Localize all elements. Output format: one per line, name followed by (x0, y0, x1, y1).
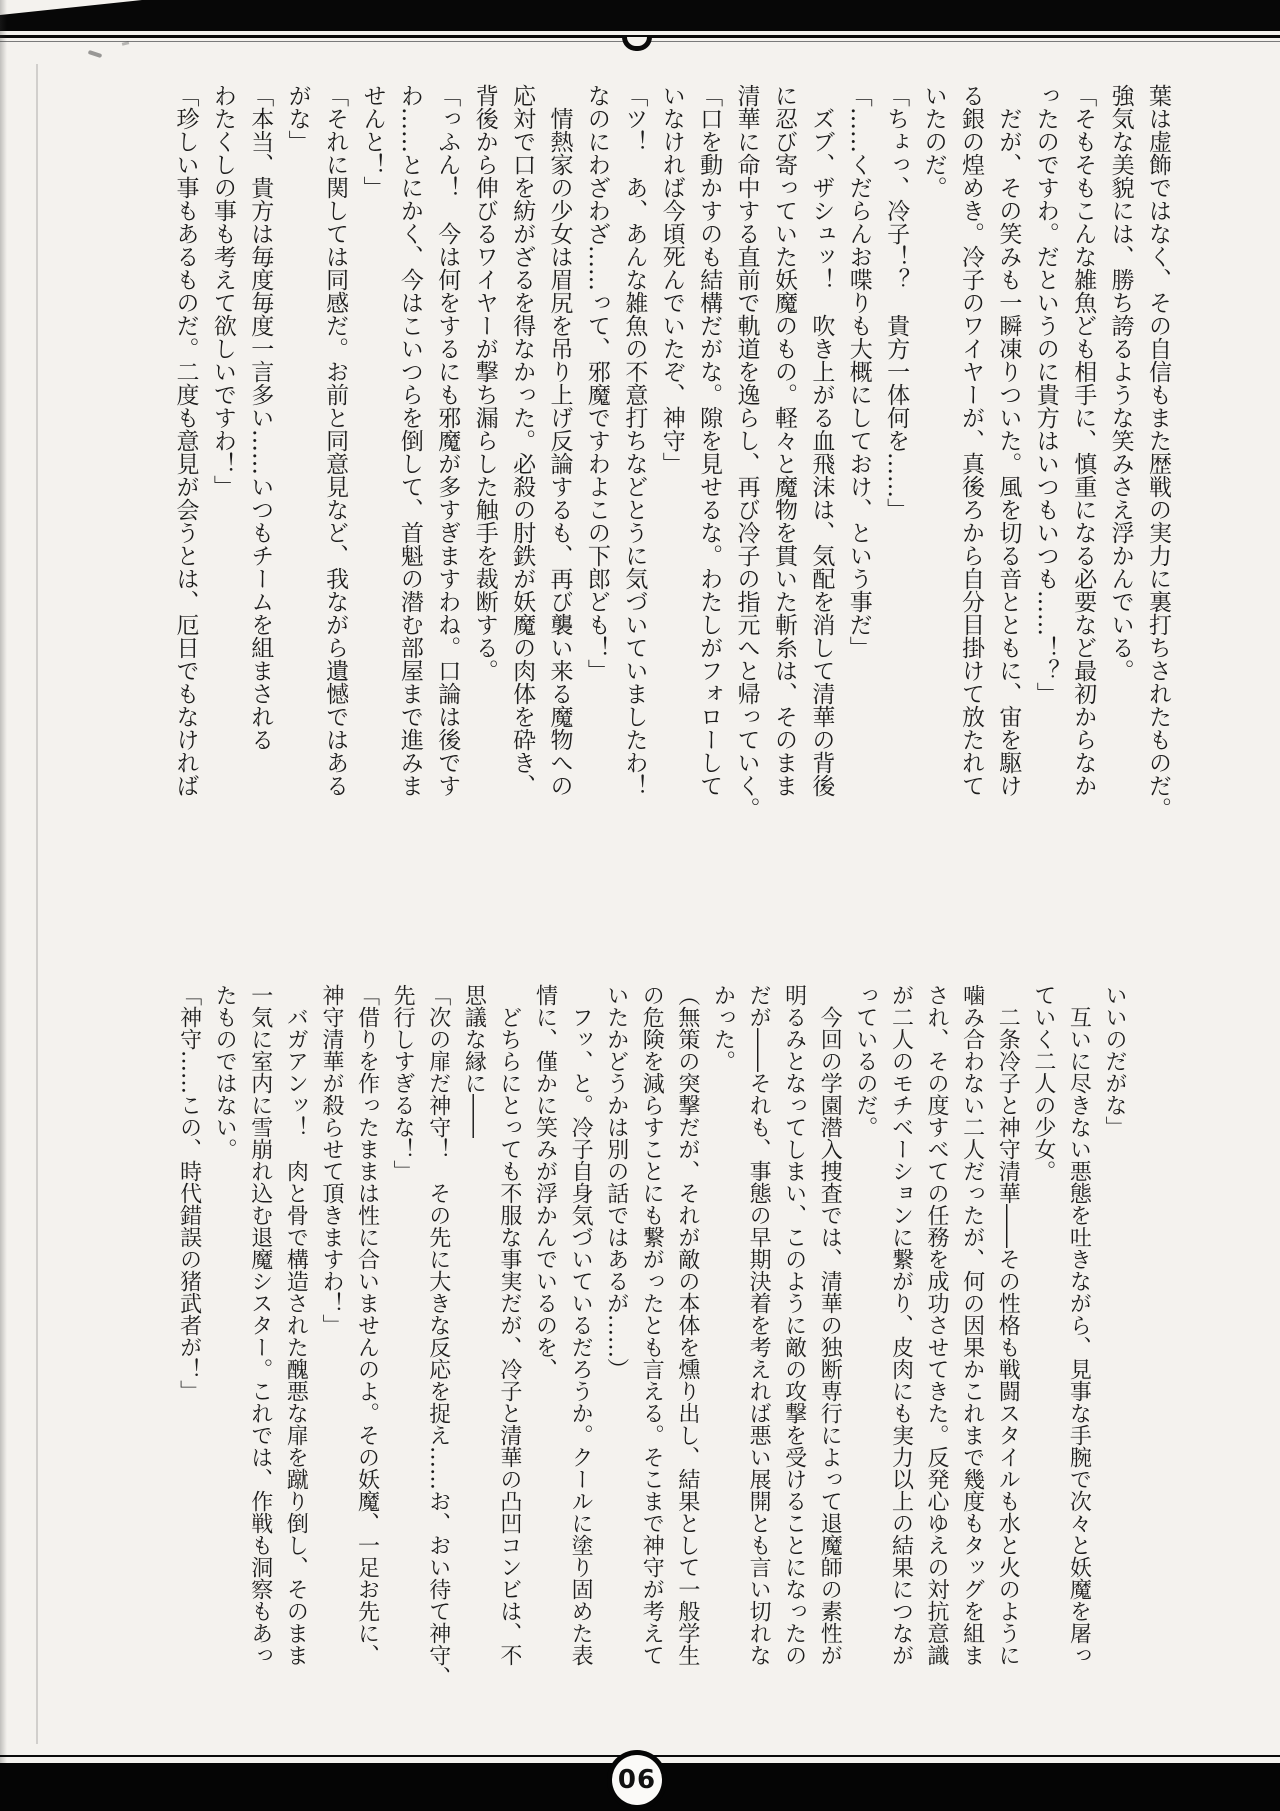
text-column: 神守清華が殺らせて頂きますわ！」 (313, 984, 349, 1699)
text-column: 「珍しい事もあるものだ。二度も意見が会うとは、厄日でもなければ (166, 84, 203, 829)
bottom-text-block: いいのだがな」 互いに尽きない悪態を吐きながら、見事な手腕で次々と妖魔を屠ってい… (170, 984, 1132, 1699)
text-column: いなければ今頃死んでいたぞ、神守」 (652, 84, 689, 829)
text-column: る銀の煌めき。冷子のワイヤーが、真後ろから自分目掛けて放たれて (952, 84, 989, 829)
text-column: たものではない。 (207, 984, 243, 1699)
page-number: 06 (618, 1765, 656, 1795)
text-column: 一気に室内に雪崩れ込む退魔シスター。これでは、作戦も洞察もあっ (242, 984, 278, 1699)
text-column: 「ちょっ、冷子！？ 貴方一体何を……」 (877, 84, 914, 829)
text-column: 噛み合わない二人だったが、何の因果かこれまで幾度もタッグを組ま (954, 984, 990, 1699)
text-column: がな」 (278, 84, 315, 829)
text-column: 思議な縁に―― (456, 984, 492, 1699)
text-column: ていく二人の少女。 (1025, 984, 1061, 1699)
top-border-bar (0, 0, 1280, 31)
text-column: わ……とにかく、今はこいつらを倒して、首魁の潜む部屋まで進みま (390, 84, 427, 829)
text-column: 背後から伸びるワイヤーが撃ち漏らした触手を裁断する。 (465, 84, 502, 829)
text-column: ズブ、ザシュッ！ 吹き上がる血飛沫は、気配を消して清華の背後 (802, 84, 839, 829)
novel-page: 葉は虚飾ではなく、その自信もまた歴戦の実力に裏打ちされたものだ。強気な美貌には、… (0, 0, 1280, 1811)
text-column: 「本当、貴方は毎度毎度一言多い……いつもチームを組まされる (241, 84, 278, 829)
text-column: 二条冷子と神守清華――その性格も戦闘スタイルも水と火のように (990, 984, 1026, 1699)
text-column: 「口を動かすのも結構だがな。隙を見せるな。わたしがフォローして (690, 84, 727, 829)
text-column: が二人のモチベーションに繋がり、皮肉にも実力以上の結果につなが (883, 984, 919, 1699)
text-column: 応対で口を紡がざるを得なかった。必殺の肘鉄が妖魔の肉体を砕き、 (503, 84, 540, 829)
text-column: フッ、と。冷子自身気づいているだろうか。クールに塗り固めた表 (563, 984, 599, 1699)
text-column: ったのですわ。だというのに貴方はいつもいつも……！？」 (1026, 84, 1063, 829)
page-number-badge: 06 (612, 1755, 662, 1805)
text-column: 明るみとなってしまい、このように敵の攻撃を受けることになったの (776, 984, 812, 1699)
text-column: 清華に命中する直前で軌道を逸らし、再び冷子の指元へと帰っていく。 (727, 84, 764, 829)
text-column: 「次の扉だ神守！ その先に大きな反応を捉え……お、おい待て神守、 (420, 984, 456, 1699)
text-column: に忍び寄っていた妖魔のもの。軽々と魔物を貫いた斬糸は、そのまま (765, 84, 802, 829)
text-column: 「ツ！ あ、あんな雑魚の不意打ちなどとうに気づいていましたわ！ (615, 84, 652, 829)
scan-speck (88, 50, 103, 58)
text-column: 互いに尽きない悪態を吐きながら、見事な手腕で次々と妖魔を屠っ (1061, 984, 1097, 1699)
scan-edge-shadow (0, 0, 7, 1811)
text-column: 先行しすぎるな！」 (385, 984, 421, 1699)
text-column: （無策の突撃だが、それが敵の本体を燻り出し、結果として一般学生 (669, 984, 705, 1699)
text-column: だが――それも、事態の早期決着を考えれば悪い展開とも言い切れな (740, 984, 776, 1699)
text-column: 情熱家の少女は眉尻を吊り上げ反論するも、再び襲い来る魔物への (540, 84, 577, 829)
text-column: され、その度すべての任務を成功させてきた。反発心ゆえの対抗意識 (918, 984, 954, 1699)
text-column: 情に、僅かに笑みが浮かんでいるのを、 (527, 984, 563, 1699)
text-column: わたくしの事も考えて欲しいですわ！」 (203, 84, 240, 829)
text-column: なのにわざわざ……って、邪魔ですわよこの下郎ども！」 (578, 84, 615, 829)
text-column: 「そもそもこんな雑魚ども相手に、慎重になる必要など最初からなか (1064, 84, 1101, 829)
text-column: の危険を減らすことにも繋がったとも言える。そこまで神守が考えて (634, 984, 670, 1699)
text-column: っているのだ。 (847, 984, 883, 1699)
text-column: 強気な美貌には、勝ち誇るような笑みさえ浮かんでいる。 (1101, 84, 1138, 829)
top-text-block: 葉は虚飾ではなく、その自信もまた歴戦の実力に裏打ちされたものだ。強気な美貌には、… (164, 84, 1176, 829)
text-column: いたのだ。 (914, 84, 951, 829)
text-column: いいのだがな」 (1096, 984, 1132, 1699)
text-column: せんと！」 (353, 84, 390, 829)
text-column: だが、その笑みも一瞬凍りついた。風を切る音とともに、宙を駆け (989, 84, 1026, 829)
text-column: どちらにとっても不服な事実だが、冷子と清華の凸凹コンビは、不 (491, 984, 527, 1699)
text-column: かった。 (705, 984, 741, 1699)
text-column: 「っふん！ 今は何をするにも邪魔が多すぎますわね。口論は後です (428, 84, 465, 829)
text-column: 「……くだらんお喋りも大概にしておけ、という事だ」 (839, 84, 876, 829)
text-column: いたかどうかは別の話ではあるが……） (598, 984, 634, 1699)
text-column: 「それに関しては同感だ。お前と同意見など、我ながら遺憾ではある (316, 84, 353, 829)
text-column: 葉は虚飾ではなく、その自信もまた歴戦の実力に裏打ちされたものだ。 (1139, 84, 1176, 829)
text-column: 「神守……この、時代錯誤の猪武者が！」 (171, 984, 207, 1699)
text-column: 「借りを作ったままは性に合いませんのよ。その妖魔、一足お先に、 (349, 984, 385, 1699)
scan-speck (122, 41, 130, 46)
text-column: バガアンッ！ 肉と骨で構造された醜悪な扉を蹴り倒し、そのまま (278, 984, 314, 1699)
text-column: 今回の学園潜入捜査では、清華の独断専行によって退魔師の素性が (812, 984, 848, 1699)
scan-fold-line (36, 64, 38, 1744)
